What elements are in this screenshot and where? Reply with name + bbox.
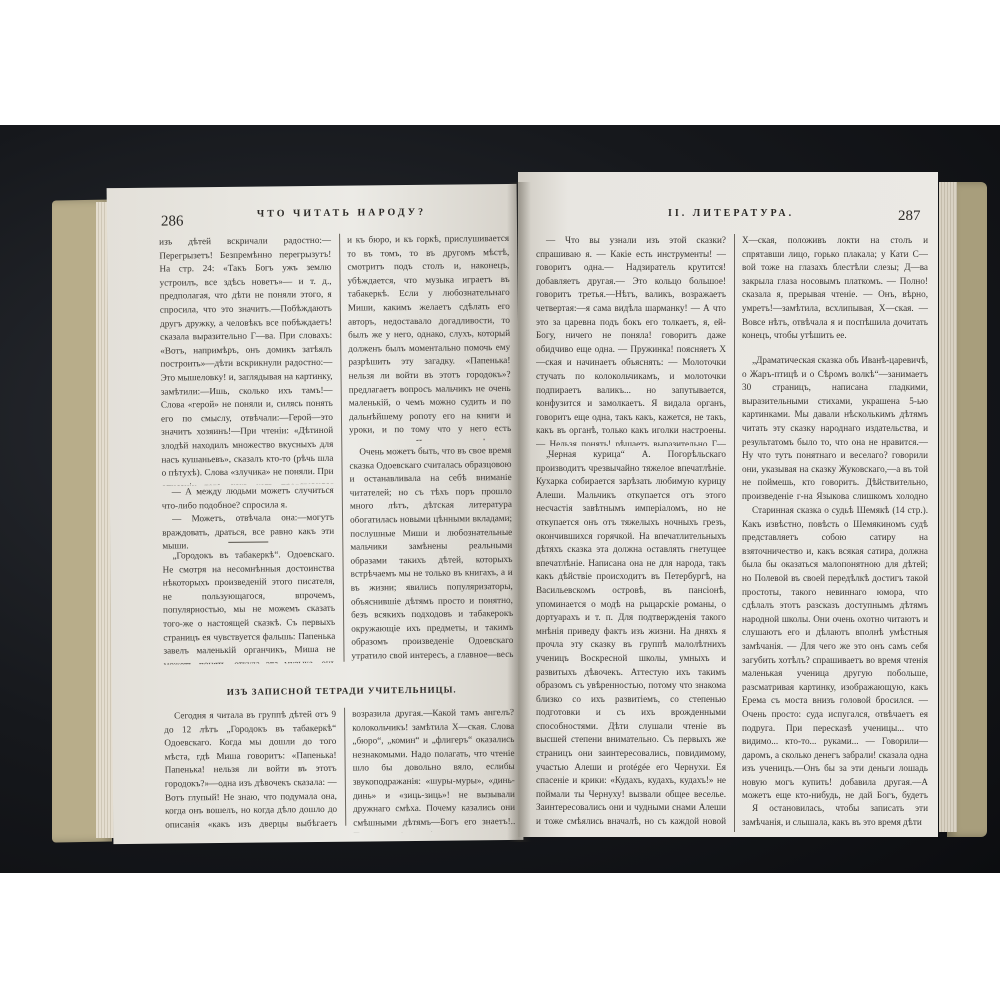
book-gutter	[507, 182, 531, 842]
left-page: 286 ЧТО ЧИТАТЬ НАРОДУ? изъ дѣтей вскрича…	[107, 184, 524, 844]
page-number: 287	[898, 208, 921, 225]
page-edges-right	[939, 182, 957, 832]
column-rule	[339, 234, 344, 662]
paragraph: изъ дѣтей вскричали радостно:—Перегрызет…	[159, 234, 334, 486]
review-paragraph: „Черная курица“ А. Погорѣльскаго произво…	[536, 448, 726, 830]
paragraph: и къ бюро, и къ горкѣ, прислушивается то…	[347, 232, 511, 442]
paragraph: Я остановилась, чтобы записать эти замѣч…	[742, 802, 928, 829]
text-column-1-dialogue: — А между людьми можетъ случиться что-ли…	[162, 484, 335, 554]
paragraph: „Черная курица“ А. Погорѣльскаго произво…	[536, 448, 726, 830]
review-paragraph: „Городокъ въ табакеркѣ“. Одоевскаго. Не …	[162, 548, 335, 665]
running-head: II. ЛИТЕРАТУРА.	[668, 208, 794, 219]
text-column-1: изъ дѣтей вскричали радостно:—Перегрызет…	[159, 234, 334, 486]
section-column-1: Сегодня я читала въ группѣ дѣтей отъ 9 д…	[164, 708, 337, 835]
paragraph: Сегодня я читала въ группѣ дѣтей отъ 9 д…	[164, 708, 337, 835]
paragraph: — Что вы узнали изъ этой сказки? спрашив…	[536, 234, 726, 446]
text-column-2: Х—ская, положивъ локти на столъ и спрята…	[742, 234, 928, 352]
review-paragraph: „Драматическая сказка объ Иванѣ-царевичѣ…	[742, 354, 928, 502]
section-column-2: возразила другая.—Какой тамъ ангелъ? кол…	[352, 706, 515, 833]
paragraph: возразила другая.—Какой тамъ ангелъ? кол…	[352, 706, 515, 833]
right-page: II. ЛИТЕРАТУРА. 287 — Что вы узнали изъ …	[518, 172, 938, 837]
text-column-2-end: Я остановилась, чтобы записать эти замѣч…	[742, 802, 928, 830]
text-column-2: и къ бюро, и къ горкѣ, прислушивается то…	[347, 232, 511, 442]
paragraph: — А между людьми можетъ случиться что-ли…	[162, 484, 334, 513]
paragraph: Старинная сказка о судьѣ Шемякѣ (14 стр.…	[742, 504, 928, 800]
running-head: ЧТО ЧИТАТЬ НАРОДУ?	[257, 207, 426, 220]
section-title: ИЗЪ ЗАПИСНОЙ ТЕТРАДИ УЧИТЕЛЬНИЦЫ.	[227, 685, 457, 697]
paragraph: Х—ская, положивъ локти на столъ и спрята…	[742, 234, 928, 343]
review-paragraph: Старинная сказка о судьѣ Шемякѣ (14 стр.…	[742, 504, 928, 800]
paragraph: „Городокъ въ табакеркѣ“. Одоевскаго. Не …	[162, 548, 335, 665]
column-rule	[734, 234, 735, 832]
open-book: 286 ЧТО ЧИТАТЬ НАРОДУ? изъ дѣтей вскрича…	[52, 172, 987, 862]
text-column-1: — Что вы узнали изъ этой сказки? спрашив…	[536, 234, 726, 446]
paragraph: „Драматическая сказка объ Иванѣ-царевичѣ…	[742, 354, 928, 502]
text-column-2-para: Очень можетъ быть, что въ свое время ска…	[349, 444, 513, 662]
page-number: 286	[161, 213, 184, 230]
column-rule	[344, 708, 346, 826]
paragraph: Очень можетъ быть, что въ свое время ска…	[349, 444, 513, 662]
